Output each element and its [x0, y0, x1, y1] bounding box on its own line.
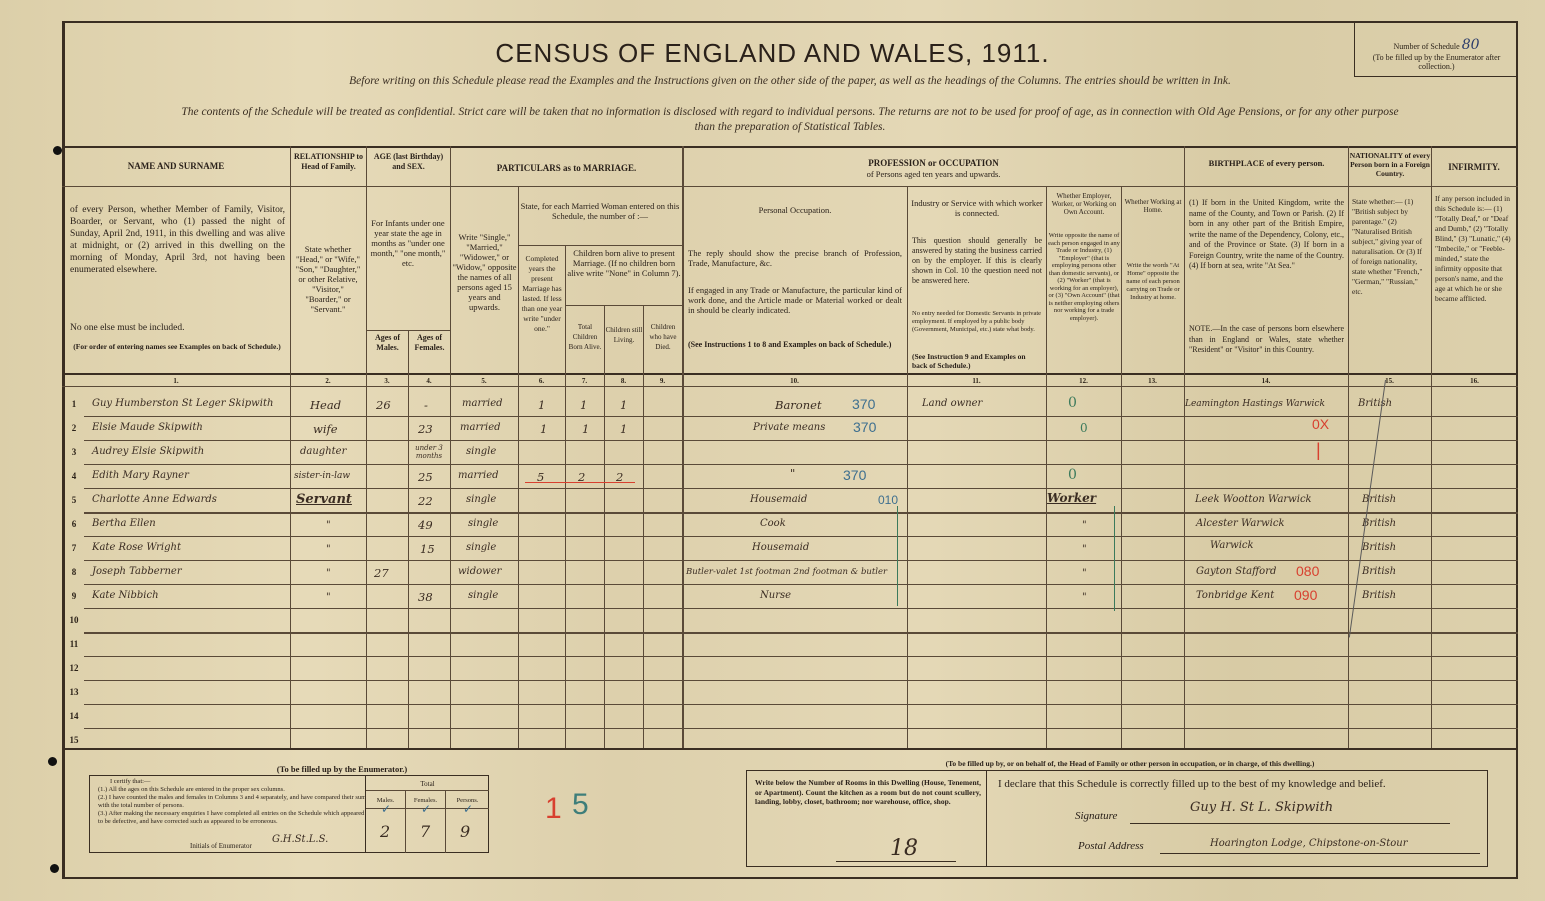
column-number: 7. [565, 377, 604, 385]
header-relationship-body: State whether "Head," or "Wife," "Son," … [293, 244, 363, 314]
certify-1: (1.) All the ages on this Schedule are e… [98, 786, 368, 794]
instruction-line: Before writing on this Schedule please r… [62, 75, 1518, 87]
col-divider [1121, 186, 1122, 748]
header-personal-body3: (See Instructions 1 to 8 and Examples on… [688, 340, 902, 350]
household-heading: (To be filled up by, or on behalf of, th… [780, 759, 1480, 769]
row-number: 5 [66, 495, 82, 505]
cell-relationship[interactable]: " [326, 520, 331, 531]
total-males[interactable]: 2 [380, 822, 390, 841]
green-check-line [897, 506, 898, 606]
row-line [84, 560, 1518, 561]
header-industry-body3: (See Instruction 9 and Examples on back … [912, 352, 1042, 370]
cell-birthplace[interactable]: Tonbridge Kent [1196, 590, 1274, 601]
column-number: 8. [604, 377, 643, 385]
col-divider [643, 305, 644, 748]
signature-line [1130, 823, 1450, 824]
signature[interactable]: Guy H. St L. Skipwith [1190, 800, 1333, 815]
green-margin-mark: 5 [572, 788, 589, 822]
row-line [84, 704, 1518, 705]
cell-age-female[interactable]: under 3 months [411, 444, 447, 460]
cell-condition[interactable]: single [466, 542, 496, 553]
column-number: 2. [290, 377, 366, 385]
signature-label: Signature [1075, 810, 1117, 822]
cell-name[interactable]: Kate Rose Wright [92, 542, 181, 553]
cell-birthplace-mark: 090 [1294, 587, 1317, 603]
cell-employer[interactable]: 0 [1080, 421, 1088, 435]
cell-condition[interactable]: single [468, 518, 498, 529]
cell-employer[interactable]: " [1082, 592, 1087, 603]
row-line [84, 440, 1518, 441]
header-children: Children born alive to present Marriage.… [567, 248, 681, 278]
header-employer: Whether Employer, Worker, or Working on … [1047, 192, 1121, 216]
cell-age-female[interactable]: 38 [418, 590, 433, 604]
column-number: 10. [682, 377, 907, 385]
header-children-died: Children who have Died. [644, 322, 682, 352]
row-line [84, 488, 1518, 489]
married-woman-subdivider [518, 245, 682, 246]
cell-age-male[interactable]: 27 [374, 566, 389, 580]
column-number: 14. [1184, 377, 1348, 385]
cell-relationship[interactable]: sister-in-law [294, 471, 350, 481]
red-margin-mark: 1 [545, 792, 562, 826]
header-name-note1: No one else must be included. [70, 322, 285, 334]
row-number: 11 [66, 639, 82, 649]
row-number: 15 [66, 735, 82, 745]
header-name-body: of every Person, whether Member of Famil… [70, 204, 285, 276]
cell-occupation[interactable]: " [790, 466, 795, 480]
header-birthplace-body: (1) If born in the United Kingdom, write… [1189, 198, 1344, 272]
cell-birthplace[interactable]: Alcester Warwick [1196, 518, 1285, 529]
header-personal-body2: If engaged in any Trade or Manufacture, … [688, 285, 902, 315]
address-label: Postal Address [1078, 840, 1144, 852]
header-occupation: PROFESSION or OCCUPATION [683, 158, 1184, 168]
col-divider [1431, 146, 1432, 748]
cell-condition[interactable]: married [462, 398, 503, 409]
cell-birthplace[interactable]: Leamington Hastings Warwick [1185, 399, 1325, 409]
header-birthplace-note: NOTE.—In the case of persons born elsewh… [1189, 324, 1344, 356]
header-married-woman: State, for each Married Woman entered on… [520, 201, 680, 221]
initials-label: Initials of Enumerator [190, 840, 252, 852]
cell-condition[interactable]: widower [458, 566, 501, 577]
col-divider [1184, 146, 1185, 748]
header-relationship: RELATIONSHIP to Head of Family. [291, 152, 366, 172]
cell-relationship[interactable]: daughter [300, 446, 346, 457]
declaration-text: I declare that this Schedule is correctl… [998, 778, 1386, 790]
check-icon: ✓ [463, 802, 473, 816]
cell-relationship[interactable]: " [326, 592, 331, 603]
cell-relationship[interactable]: " [326, 568, 331, 579]
column-number: 15. [1348, 377, 1431, 385]
header-occupation-sub: of Persons aged ten years and upwards. [683, 169, 1184, 179]
check-icon: ✓ [381, 802, 391, 816]
cell-name[interactable]: Audrey Elsie Skipwith [92, 446, 204, 457]
header-marriage: PARTICULARS as to MARRIAGE. [451, 163, 682, 173]
column-number: 6. [518, 377, 565, 385]
row-line [84, 632, 1518, 634]
row-number: 13 [66, 687, 82, 697]
cell-employer[interactable]: " [1082, 544, 1087, 555]
cell-condition[interactable]: married [460, 422, 501, 433]
cell-occupation[interactable]: Cook [760, 518, 786, 529]
cell-employer[interactable]: Worker [1047, 491, 1096, 505]
header-divider [62, 186, 1518, 187]
cell-children-total[interactable]: 1 [582, 422, 589, 436]
header-infirmity-body: If any person included in this Schedule … [1435, 194, 1515, 304]
col-divider [366, 146, 367, 748]
cell-condition[interactable]: married [458, 470, 499, 481]
row-number: 12 [66, 663, 82, 673]
cell-occupation-code: 370 [852, 396, 875, 412]
cell-age-female[interactable]: 22 [418, 494, 433, 508]
address-line [1160, 853, 1480, 854]
cell-name[interactable]: Guy Humberston St Leger Skipwith [92, 398, 273, 409]
check-icon: ✓ [421, 802, 431, 816]
cell-name[interactable]: Joseph Tabberner [92, 566, 182, 577]
row-line [84, 512, 1518, 514]
header-children-living: Children still Living. [605, 325, 643, 345]
punch-hole [48, 757, 57, 766]
cell-age-female[interactable]: 15 [420, 542, 435, 556]
cell-birthplace-mark: 080 [1296, 563, 1319, 579]
cell-age-female[interactable]: 23 [418, 422, 433, 436]
cell-birthplace[interactable]: Leek Wootton Warwick [1195, 494, 1312, 505]
row-number: 6 [66, 519, 82, 529]
cell-age-female[interactable]: 25 [418, 470, 433, 484]
rooms-count[interactable]: 18 [890, 836, 918, 861]
cell-employer[interactable]: 0 [1068, 467, 1077, 483]
total-females[interactable]: 7 [420, 822, 430, 841]
row-line [84, 464, 1518, 465]
cell-relationship[interactable]: Head [310, 398, 341, 412]
certify-3: (3.) After making the necessary enquirie… [98, 810, 368, 826]
colnum-line [62, 386, 1518, 387]
row-line [84, 536, 1518, 537]
cell-birthplace-mark: 0X [1312, 416, 1329, 432]
row-line [84, 416, 1518, 417]
cell-name[interactable]: Edith Mary Rayner [92, 470, 189, 481]
totals-line [366, 790, 489, 791]
header-nationality-body: State whether:— (1) "British subject by … [1352, 197, 1429, 297]
document-title: CENSUS OF ENGLAND AND WALES, 1911. [0, 38, 1545, 69]
cell-employer[interactable]: " [1082, 520, 1087, 531]
row-line [84, 656, 1518, 657]
col-divider [1348, 146, 1349, 748]
header-age-males: Ages of Males. [367, 333, 408, 353]
row-number: 4 [66, 471, 82, 481]
cell-children-total[interactable]: 1 [580, 398, 587, 412]
row-number: 2 [66, 423, 82, 433]
cell-employer[interactable]: 0 [1068, 395, 1077, 411]
enumerator-heading: (To be filled up by the Enumerator.) [62, 764, 622, 774]
header-nationality: NATIONALITY of every Person born in a Fo… [1349, 151, 1431, 178]
cell-nationality[interactable]: British [1362, 590, 1396, 601]
cell-occupation[interactable]: Butler-valet 1st footman 2nd footman & b… [686, 567, 887, 577]
column-number: 12. [1046, 377, 1121, 385]
header-years-married: Completed years the present Marriage has… [519, 254, 565, 334]
cell-nationality[interactable]: British [1362, 566, 1396, 577]
cell-name[interactable]: Charlotte Anne Edwards [92, 494, 217, 505]
cell-birthplace[interactable]: Gayton Stafford [1196, 566, 1276, 577]
cell-occupation-code: 010 [878, 493, 898, 507]
column-number: 13. [1121, 377, 1184, 385]
green-check-line [1114, 506, 1115, 611]
row-number: 7 [66, 543, 82, 553]
header-age-females: Ages of Females. [409, 333, 450, 353]
row-line [84, 584, 1518, 585]
cell-condition[interactable]: single [466, 494, 496, 505]
punch-hole [50, 864, 59, 873]
header-industry: Industry or Service with which worker is… [908, 198, 1046, 218]
cell-age-female[interactable]: 49 [418, 518, 433, 532]
row-line [84, 680, 1518, 681]
age-subdivider [366, 330, 450, 331]
form-border [62, 21, 1518, 879]
column-number: 4. [408, 377, 450, 385]
cell-children-living[interactable]: 1 [620, 422, 627, 436]
cell-years-married[interactable]: 1 [540, 422, 547, 436]
cell-name[interactable]: Elsie Maude Skipwith [92, 422, 203, 433]
header-birthplace: BIRTHPLACE of every person. [1185, 158, 1348, 168]
column-number: 5. [450, 377, 518, 385]
column-number: 1. [62, 377, 290, 385]
cell-occupation-code: 370 [843, 467, 866, 483]
cell-nationality[interactable]: British [1362, 518, 1396, 529]
col-divider [290, 146, 291, 748]
row-number: 3 [66, 447, 82, 457]
row-number: 14 [66, 711, 82, 721]
cell-years-married[interactable]: 1 [538, 398, 545, 412]
header-home-body: Write the words "At Home" opposite the n… [1123, 262, 1183, 302]
header-personal-occupation: Personal Occupation. [683, 205, 907, 215]
cell-relationship[interactable]: " [326, 544, 331, 555]
column-number: 3. [366, 377, 408, 385]
table-bottom-line [62, 748, 1518, 750]
header-employer-body: Write opposite the name of each person e… [1048, 232, 1120, 322]
header-total-children: Total Children Born Alive. [566, 322, 604, 352]
cell-industry[interactable]: Land owner [922, 398, 982, 409]
cell-occupation[interactable]: Baronet [775, 398, 822, 412]
cell-occupation-code: 370 [853, 419, 876, 435]
header-personal-body1: The reply should show the precise branch… [688, 248, 902, 268]
row-number: 10 [66, 615, 82, 625]
cell-condition[interactable]: single [468, 590, 498, 601]
rooms-divider [986, 770, 987, 867]
header-name-note2: (For order of entering names see Example… [68, 342, 286, 352]
cell-age-male[interactable]: 26 [376, 398, 391, 412]
row-line [84, 728, 1518, 729]
header-infirmity: INFIRMITY. [1432, 162, 1516, 172]
row-number: 9 [66, 591, 82, 601]
cell-children-living[interactable]: 1 [620, 398, 627, 412]
cell-occupation[interactable]: Private means [753, 422, 825, 433]
certify-heading: I certify that:— [98, 778, 368, 786]
census-sheet: CENSUS OF ENGLAND AND WALES, 1911. Befor… [0, 0, 1545, 901]
header-marriage-condition: Write "Single," "Married," "Widower," or… [452, 232, 517, 312]
cell-nationality[interactable]: British [1358, 398, 1392, 409]
schedule-number-box: Number of Schedule 80 (To be filled up b… [1354, 21, 1518, 77]
children-subdivider [565, 305, 682, 306]
total-label: Total [366, 779, 489, 789]
schedule-number[interactable]: 80 [1462, 37, 1480, 53]
header-industry-body1: This question should generally be answer… [912, 236, 1042, 286]
cell-condition[interactable]: single [466, 446, 496, 457]
col-divider [408, 330, 409, 748]
total-persons[interactable]: 9 [460, 822, 470, 841]
col-divider [682, 146, 684, 748]
cell-nationality[interactable]: British [1362, 542, 1396, 553]
schedule-label: Number of Schedule [1393, 42, 1459, 51]
cell-birthplace[interactable]: Warwick [1210, 540, 1254, 551]
column-number: 11. [907, 377, 1046, 385]
table-top-line [62, 146, 1518, 148]
header-industry-body2: No entry needed for Domestic Servants in… [912, 310, 1042, 334]
certify-2: (2.) I have counted the males and female… [98, 794, 368, 810]
col-divider [1046, 186, 1047, 748]
column-number: 9. [643, 377, 682, 385]
rooms-instruction: Write below the Number of Rooms in this … [755, 778, 981, 807]
cell-occupation[interactable]: Nurse [760, 590, 791, 601]
cell-employer[interactable]: " [1082, 568, 1087, 579]
column-number: 16. [1431, 377, 1518, 385]
header-name: NAME AND SURNAME [62, 161, 290, 171]
row-line [84, 608, 1518, 609]
header-home: Whether Working at Home. [1122, 198, 1184, 214]
header-age-body: For Infants under one year state the age… [368, 218, 448, 268]
header-age: AGE (last Birthday) and SEX. [367, 152, 450, 172]
confidential-line-2: than the preparation of Statistical Tabl… [62, 121, 1518, 133]
enumerator-initials[interactable]: G.H.St.L.S. [272, 834, 328, 845]
header-bottom-line [62, 373, 1518, 375]
red-strike-line [525, 482, 635, 483]
punch-hole [53, 146, 62, 155]
cell-name[interactable]: Bertha Ellen [92, 518, 156, 529]
row-number: 8 [66, 567, 82, 577]
col-divider [565, 245, 566, 748]
row-number: 1 [66, 399, 82, 409]
rooms-line [836, 861, 956, 862]
schedule-note: (To be filled up by the Enumerator after… [1373, 53, 1501, 71]
postal-address[interactable]: Hoarington Lodge, Chipstone-on-Stour [1210, 838, 1407, 849]
cell-relationship[interactable]: wife [313, 422, 338, 436]
cell-occupation[interactable]: Housemaid [752, 542, 809, 553]
col-divider [450, 146, 451, 748]
cell-name[interactable]: Kate Nibbich [92, 590, 159, 601]
cell-birthplace-mark: | [1316, 440, 1321, 461]
col-divider [907, 186, 908, 748]
cell-relationship[interactable]: Servant [296, 492, 352, 507]
col-divider [604, 305, 605, 748]
certify-text: I certify that:— (1.) All the ages on th… [98, 778, 368, 826]
cell-occupation[interactable]: Housemaid [750, 494, 807, 505]
cell-age-female[interactable]: - [424, 398, 428, 412]
confidential-line-1: The contents of the Schedule will be tre… [62, 106, 1518, 118]
